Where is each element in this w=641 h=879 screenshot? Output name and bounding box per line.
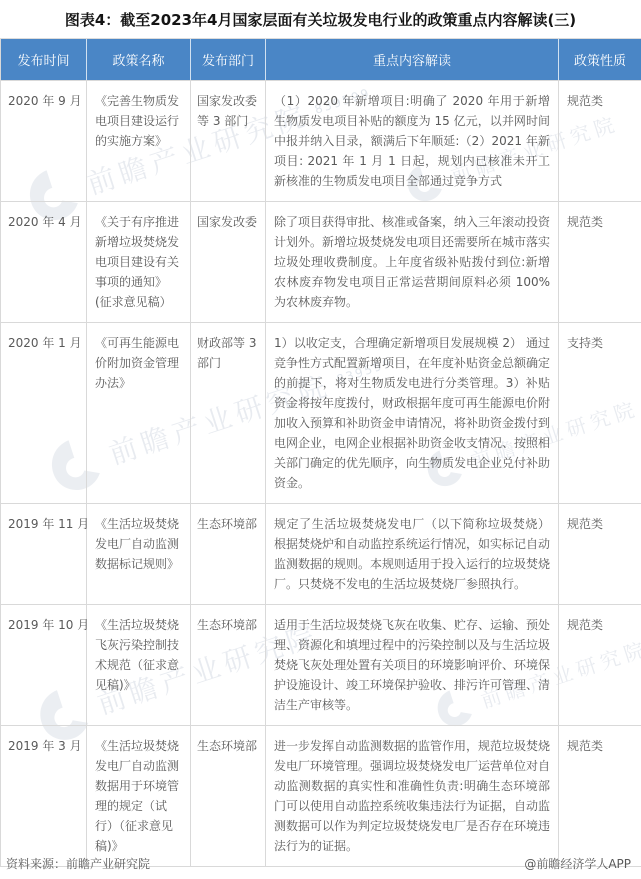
cell-department: 生态环境部: [191, 504, 266, 605]
table-row: 2020 年 1 月 《可再生能源电价附加资金管理办法》 财政部等 3 部门 1…: [1, 323, 641, 504]
footer: 资料来源：前瞻产业研究院 @前瞻经济学人APP: [0, 855, 641, 872]
cell-policy-name: 《生活垃圾焚烧飞灰污染控制技术规范（征求意见稿)》: [87, 605, 191, 726]
cell-department: 生态环境部: [191, 726, 266, 867]
table-header: 发布时间 政策名称 发布部门 重点内容解读 政策性质: [1, 39, 641, 81]
cell-date: 2020 年 9 月: [1, 81, 87, 202]
cell-date: 2020 年 1 月: [1, 323, 87, 504]
cell-policy-name: 《完善生物质发电项目建设运行的实施方案》: [87, 81, 191, 202]
cell-policy-type: 规范类: [559, 726, 641, 867]
cell-date: 2019 年 10 月: [1, 605, 87, 726]
cell-department: 生态环境部: [191, 605, 266, 726]
cell-department: 国家发改委等 3 部门: [191, 81, 266, 202]
cell-date: 2019 年 3 月: [1, 726, 87, 867]
table-row: 2019 年 3 月 《生活垃圾焚烧发电厂自动监测数据用于环境管理的规定（试行）…: [1, 726, 641, 867]
cell-department: 国家发改委: [191, 202, 266, 323]
cell-content: 除了项目获得审批、核准或备案，纳入三年滚动投资计划外。新增垃圾焚烧发电项目还需要…: [266, 202, 559, 323]
policy-table: 发布时间 政策名称 发布部门 重点内容解读 政策性质 2020 年 9 月 《完…: [0, 38, 641, 867]
table-body: 2020 年 9 月 《完善生物质发电项目建设运行的实施方案》 国家发改委等 3…: [1, 81, 641, 867]
page-title: 图表4：截至2023年4月国家层面有关垃圾发电行业的政策重点内容解读(三): [0, 0, 641, 38]
cell-policy-name: 《生活垃圾焚烧发电厂自动监测数据标记规则》: [87, 504, 191, 605]
header-cell-name: 政策名称: [87, 39, 191, 81]
figure: 图表4：截至2023年4月国家层面有关垃圾发电行业的政策重点内容解读(三) 发布…: [0, 0, 641, 867]
table-row: 2019 年 10 月 《生活垃圾焚烧飞灰污染控制技术规范（征求意见稿)》 生态…: [1, 605, 641, 726]
credit-note: @前瞻经济学人APP: [524, 855, 631, 872]
cell-content: 1）以收定支，合理确定新增项目发展规模 2） 通过竞争性方式配置新增项目，在年度…: [266, 323, 559, 504]
cell-date: 2020 年 4 月: [1, 202, 87, 323]
table-row: 2019 年 11 月 《生活垃圾焚烧发电厂自动监测数据标记规则》 生态环境部 …: [1, 504, 641, 605]
cell-content: 规定了生活垃圾焚烧发电厂（以下简称垃圾焚烧） 根据焚烧炉和自动监控系统运行情况，…: [266, 504, 559, 605]
cell-date: 2019 年 11 月: [1, 504, 87, 605]
cell-policy-type: 规范类: [559, 202, 641, 323]
header-cell-content: 重点内容解读: [266, 39, 559, 81]
cell-policy-type: 支持类: [559, 323, 641, 504]
table-row: 2020 年 9 月 《完善生物质发电项目建设运行的实施方案》 国家发改委等 3…: [1, 81, 641, 202]
cell-content: 进一步发挥自动监测数据的监管作用，规范垃圾焚烧发电厂环境管理。强调垃圾焚烧发电厂…: [266, 726, 559, 867]
cell-content: 适用于生活垃圾焚烧飞灰在收集、贮存、运输、预处理、资源化和填埋过程中的污染控制以…: [266, 605, 559, 726]
cell-policy-type: 规范类: [559, 605, 641, 726]
cell-content: （1）2020 年新增项目:明确了 2020 年用于新增生物质发电项目补贴的额度…: [266, 81, 559, 202]
header-row: 发布时间 政策名称 发布部门 重点内容解读 政策性质: [1, 39, 641, 81]
cell-policy-name: 《关于有序推进新增垃圾焚烧发电项目建设有关事项的通知》(征求意见稿）: [87, 202, 191, 323]
header-cell-dept: 发布部门: [191, 39, 266, 81]
cell-policy-name: 《生活垃圾焚烧发电厂自动监测数据用于环境管理的规定（试行）（征求意见稿)》: [87, 726, 191, 867]
cell-policy-type: 规范类: [559, 504, 641, 605]
cell-policy-name: 《可再生能源电价附加资金管理办法》: [87, 323, 191, 504]
cell-department: 财政部等 3 部门: [191, 323, 266, 504]
table-row: 2020 年 4 月 《关于有序推进新增垃圾焚烧发电项目建设有关事项的通知》(征…: [1, 202, 641, 323]
header-cell-type: 政策性质: [559, 39, 641, 81]
source-note: 资料来源：前瞻产业研究院: [6, 855, 150, 872]
cell-policy-type: 规范类: [559, 81, 641, 202]
header-cell-date: 发布时间: [1, 39, 87, 81]
